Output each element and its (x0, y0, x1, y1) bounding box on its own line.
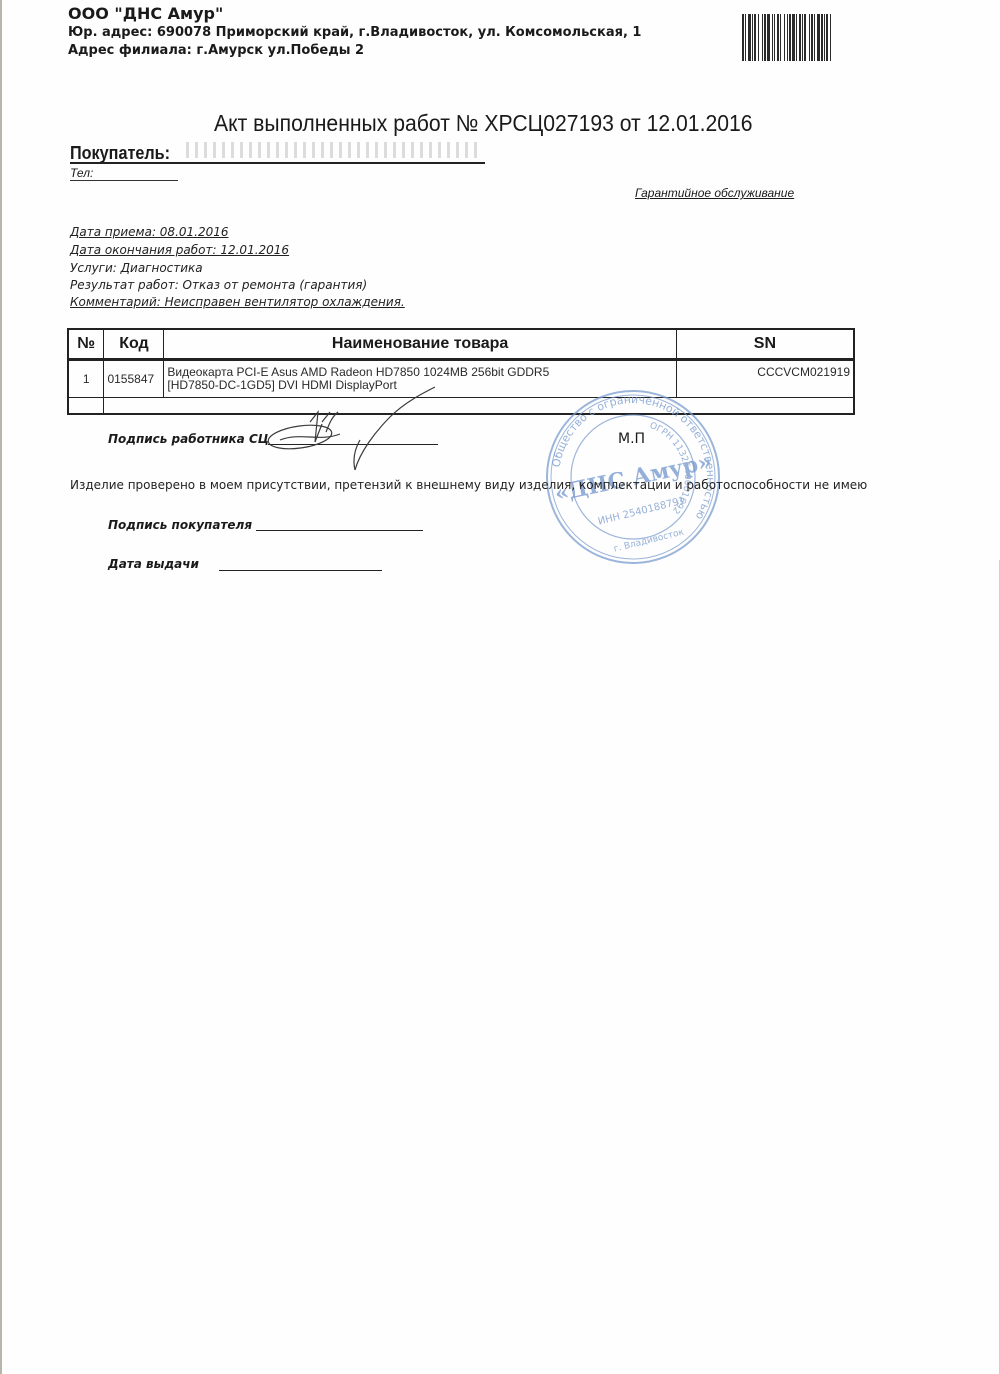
issue-date-label: Дата выдачи (108, 557, 199, 571)
agreement-text: Изделие проверено в моем присутствии, пр… (70, 478, 867, 492)
table-row: 1 0155847 Видеокарта PCI-E Asus AMD Rade… (68, 360, 854, 398)
legal-address: Юр. адрес: 690078 Приморский край, г.Вла… (68, 25, 641, 40)
svg-text:г. Владивосток: г. Владивосток (613, 527, 686, 554)
col-header-num: № (68, 329, 104, 360)
completion-date: Дата окончания работ: 12.01.2016 (70, 243, 289, 257)
cell-code: 0155847 (104, 360, 164, 398)
company-name: ООО "ДНС Амур" (68, 4, 223, 23)
worker-signature-icon (260, 382, 460, 482)
table-row-empty (68, 398, 854, 415)
phone-underline (70, 180, 178, 181)
worker-signature-label: Подпись работника СЦ (108, 432, 269, 446)
services: Услуги: Диагностика (70, 261, 203, 275)
comment: Комментарий: Неисправен вентилятор охлаж… (70, 295, 405, 309)
col-header-code: Код (104, 329, 164, 360)
issue-date-line (219, 570, 382, 571)
stamp-place-label: М.П (618, 431, 645, 447)
buyer-signature-line (256, 530, 423, 531)
phone-label: Тел: (70, 166, 93, 180)
service-type: Гарантийное обслуживание (635, 186, 794, 200)
branch-address: Адрес филиала: г.Амурск ул.Победы 2 (68, 43, 364, 58)
document-title: Акт выполненных работ № ХРСЦ027193 от 12… (214, 110, 753, 137)
empty-cell (68, 398, 104, 415)
scan-edge (0, 0, 2, 1374)
table-header-row: № Код Наименование товара SN (68, 329, 854, 360)
work-result: Результат работ: Отказ от ремонта (гаран… (70, 278, 367, 292)
company-stamp-icon: Общество с ограниченной ответственностью… (543, 387, 723, 567)
buyer-signature-label: Подпись покупателя (108, 518, 252, 532)
items-table: № Код Наименование товара SN 1 0155847 В… (67, 328, 855, 415)
col-header-name: Наименование товара (164, 329, 676, 360)
svg-text:ИНН 2540188791: ИНН 2540188791 (597, 495, 686, 527)
received-date: Дата приема: 08.01.2016 (70, 225, 229, 239)
buyer-underline (70, 162, 485, 164)
buyer-label: Покупатель: (70, 143, 170, 164)
col-header-sn: SN (676, 329, 854, 360)
buyer-redacted (180, 142, 480, 158)
barcode-icon (742, 14, 927, 61)
cell-num: 1 (68, 360, 104, 398)
empty-cell (104, 398, 854, 415)
